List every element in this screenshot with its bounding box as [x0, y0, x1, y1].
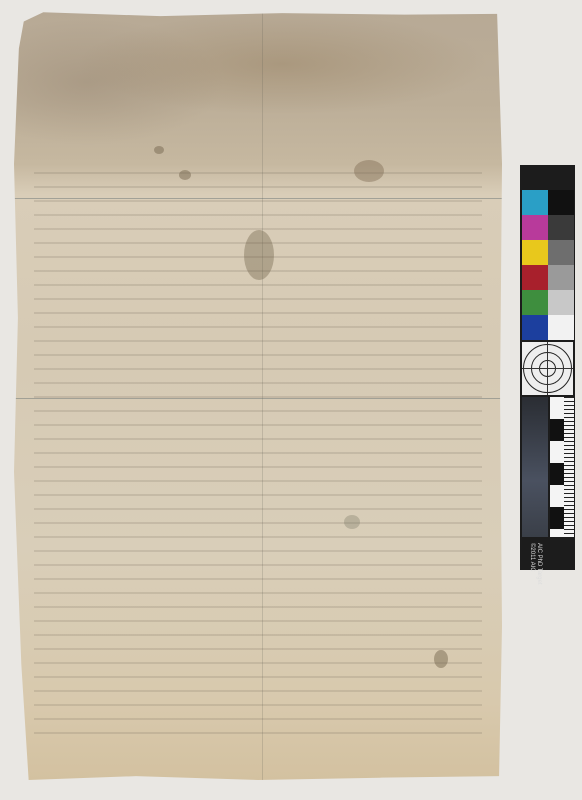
gray-patch — [548, 240, 574, 265]
blue-patch — [522, 315, 548, 340]
green-patch — [522, 290, 548, 315]
ink-blot — [434, 650, 448, 668]
fold-line-vertical — [262, 10, 263, 780]
dark-reference-strip — [522, 397, 548, 537]
ink-blot — [344, 515, 360, 529]
gray-patch — [548, 215, 574, 240]
ink-blot — [354, 160, 384, 182]
ink-blot — [179, 170, 191, 180]
gray-patch — [548, 290, 574, 315]
cyan-patch — [522, 190, 548, 215]
fold-line-middle — [14, 398, 502, 399]
target-label-copyright: ©2011 AIC — [528, 543, 535, 585]
white-patch — [548, 315, 574, 340]
target-label: AIC PhD Target ©2011 AIC — [528, 543, 542, 585]
red-patch — [522, 265, 548, 290]
ink-blot — [154, 146, 164, 154]
bullseye-target — [522, 342, 573, 395]
target-label-title: AIC PhD Target — [535, 543, 542, 585]
magenta-patch — [522, 215, 548, 240]
manuscript-page — [14, 10, 502, 780]
ink-blot — [244, 230, 274, 280]
color-calibration-target: AIC PhD Target ©2011 AIC — [520, 165, 575, 570]
gray-patch — [548, 265, 574, 290]
yellow-patch — [522, 240, 548, 265]
fold-line-top — [14, 198, 502, 199]
ruler-ticks — [564, 397, 574, 537]
gray-patch — [548, 190, 574, 215]
